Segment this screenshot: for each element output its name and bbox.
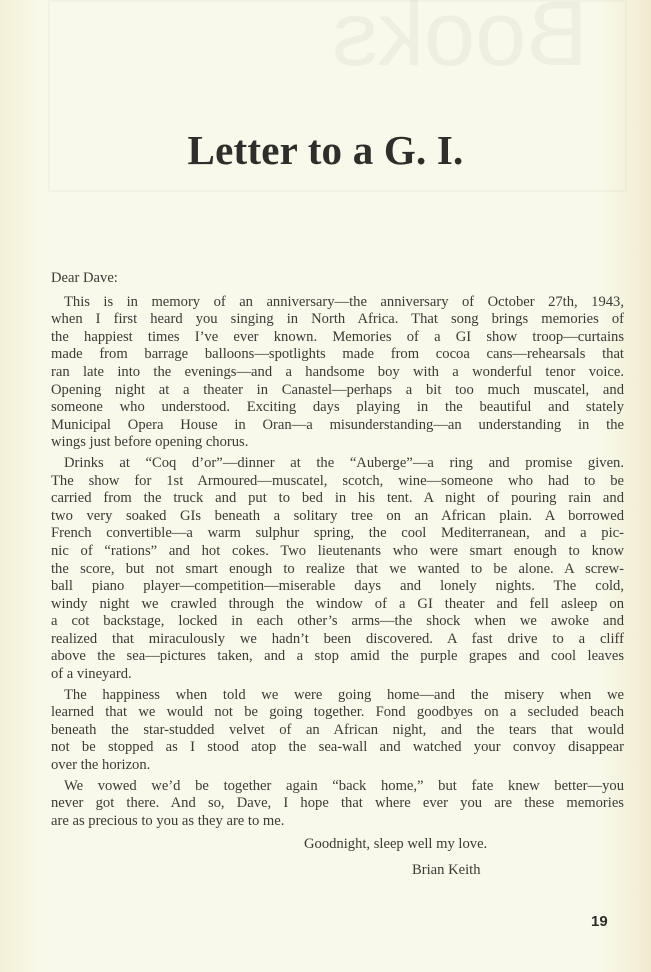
text-line: nic of “rations” and hot cokes. Two lieu…: [51, 543, 624, 561]
letter-paragraph: Drinks at “Coq d’or”—dinner at the “Aube…: [51, 455, 624, 684]
text-line: above the sea—pictures taken, and a stop…: [51, 648, 624, 666]
text-line: someone who understood. Exciting days pl…: [51, 399, 624, 417]
text-line: realized that miraculously we hadn’t bee…: [51, 631, 624, 649]
text-line: windy night we crawled through the windo…: [51, 596, 624, 614]
text-line: Drinks at “Coq d’or”—dinner at the “Aube…: [51, 455, 624, 473]
text-line: the happiest times I’ve ever known. Memo…: [51, 329, 624, 347]
text-line: ran late into the evenings—and a handsom…: [51, 364, 624, 382]
text-line: This is in memory of an anniversary—the …: [51, 294, 624, 312]
text-line: are as precious to you as they are to me…: [51, 813, 624, 831]
text-line: French convertible—a warm sulphur spring…: [51, 525, 624, 543]
text-line: made from barrage balloons—spotlights ma…: [51, 346, 624, 364]
page-number: 19: [591, 913, 608, 930]
text-line: The happiness when told we were going ho…: [51, 687, 624, 705]
text-line: learned that we would not be going toget…: [51, 704, 624, 722]
letter-body: Dear Dave: This is in memory of an anniv…: [51, 270, 624, 833]
text-line: Opening night at a theater in Canastel—p…: [51, 382, 624, 400]
text-line: carried from the truck and put to bed in…: [51, 490, 624, 508]
text-line: two very soaked GIs beneath a solitary t…: [51, 508, 624, 526]
text-line: The show for 1st Armoured—muscatel, scot…: [51, 473, 624, 491]
text-line: ball piano player—competition—miserable …: [51, 578, 624, 596]
letter-paragraphs: This is in memory of an anniversary—the …: [51, 294, 624, 831]
salutation: Dear Dave:: [51, 270, 624, 288]
text-line: of a vineyard.: [51, 666, 624, 684]
text-line: never got there. And so, Dave, I hope th…: [51, 795, 624, 813]
text-line: when I first heard you singing in North …: [51, 311, 624, 329]
text-line: not be stopped as I stood atop the sea-w…: [51, 739, 624, 757]
text-line: Municipal Opera House in Oran—a misunder…: [51, 417, 624, 435]
text-line: wings just before opening chorus.: [51, 434, 624, 452]
letter-paragraph: The happiness when told we were going ho…: [51, 687, 624, 775]
page-title: Letter to a G. I.: [0, 126, 651, 174]
letter-paragraph: We vowed we’d be together again “back ho…: [51, 778, 624, 831]
closing-line: Goodnight, sleep well my love.: [304, 836, 487, 853]
text-line: a cot backstage, locked in each other’s …: [51, 613, 624, 631]
letter-paragraph: This is in memory of an anniversary—the …: [51, 294, 624, 452]
text-line: beneath the star-studded velvet of an Af…: [51, 722, 624, 740]
signature: Brian Keith: [412, 862, 481, 879]
text-line: We vowed we’d be together again “back ho…: [51, 778, 624, 796]
text-line: the score, but not smart enough to reali…: [51, 561, 624, 579]
text-line: over the horizon.: [51, 757, 624, 775]
